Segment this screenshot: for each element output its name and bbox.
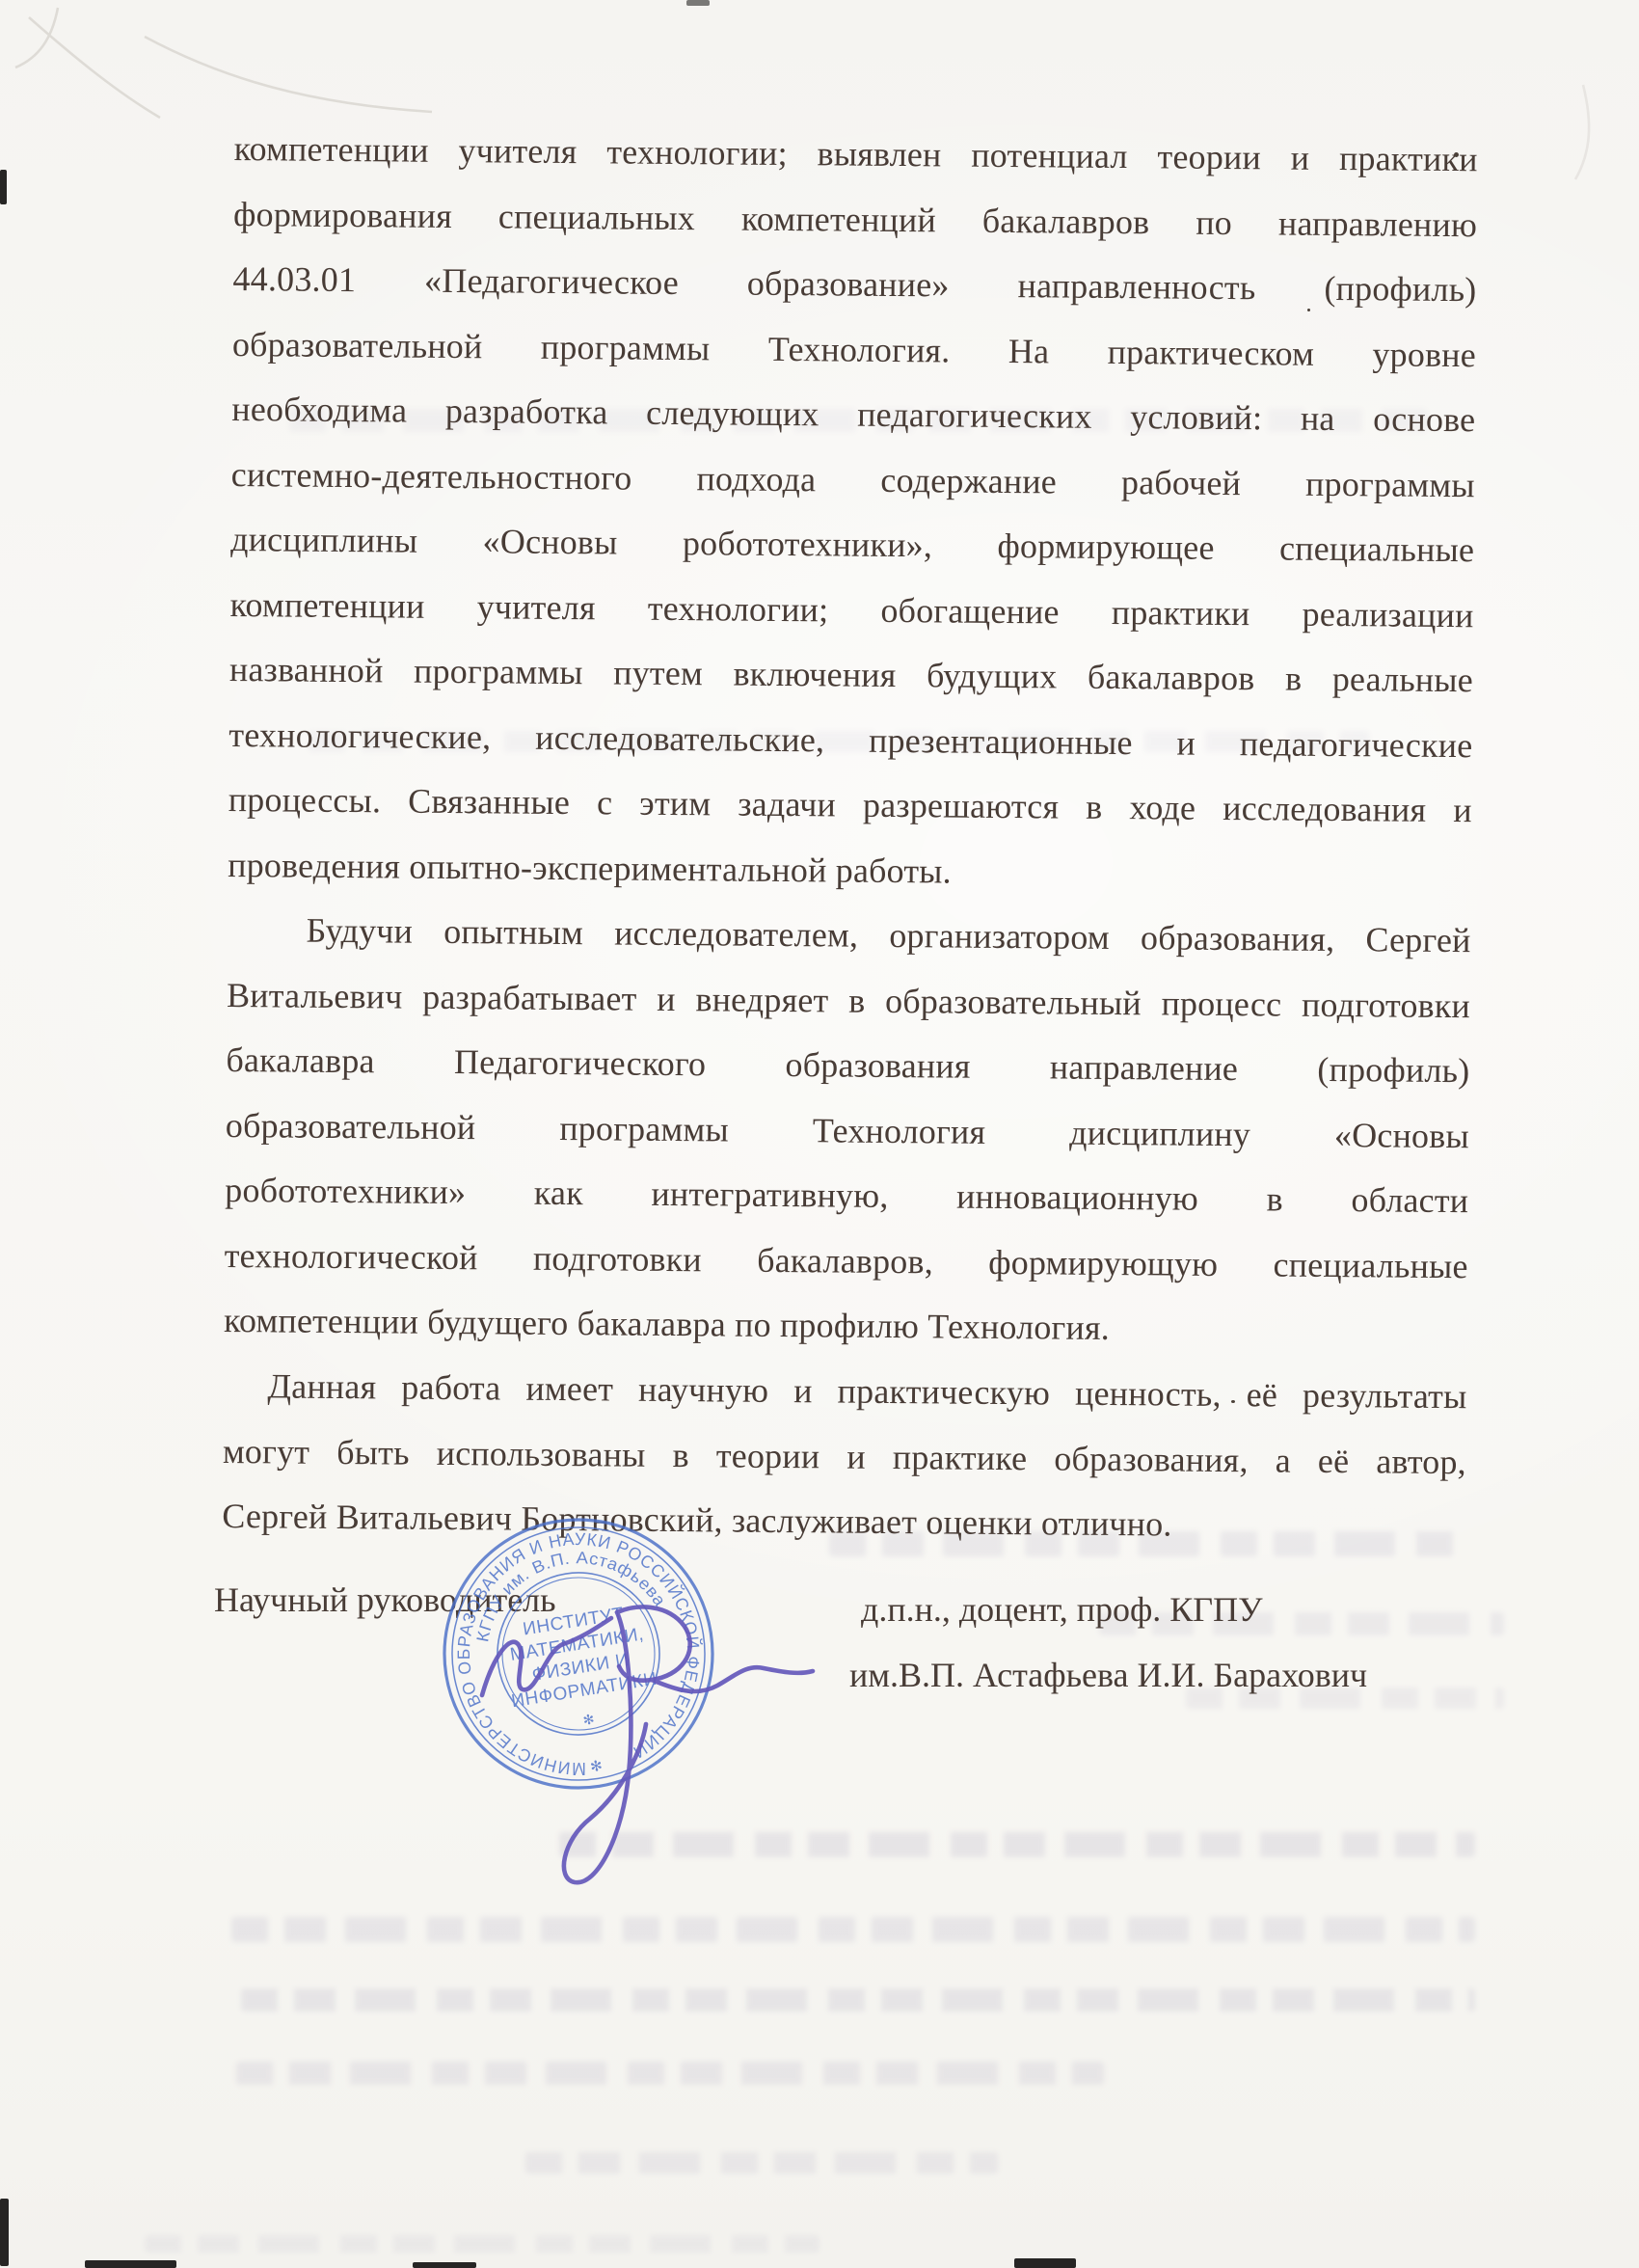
- scan-edge-mark: [413, 2262, 476, 2268]
- bleedthrough-line: [236, 2062, 1104, 2085]
- text-line: технологические, исследовательские, през…: [228, 702, 1473, 778]
- text-line: системно-деятельностного подхода содержа…: [230, 442, 1475, 518]
- stamp-ring-star: ✻: [589, 1758, 604, 1776]
- stamp-center-line: МАТЕМАТИКИ,: [509, 1624, 646, 1665]
- text-line: Сергей Витальевич Бортновский, заслужива…: [222, 1484, 1466, 1560]
- text-line: дисциплины «Основы робототехники», форми…: [230, 507, 1475, 583]
- scan-speck: [1256, 1403, 1259, 1406]
- text-line: проведения опытно-экспериментальной рабо…: [228, 832, 1472, 908]
- text-line: образовательной программы Технология. На…: [232, 311, 1477, 388]
- text-line: Витальевич разрабатывает и внедряет в об…: [227, 962, 1471, 1039]
- scan-edge-mark: [85, 2260, 176, 2268]
- paragraph: компетенции учителя технологии; выявлен …: [228, 117, 1478, 908]
- scan-speck: [1454, 152, 1459, 157]
- scan-edge-mark: [1014, 2258, 1076, 2268]
- text-line: бакалавра Педагогического образования на…: [226, 1028, 1470, 1104]
- text-line: формирования специальных компетенций бак…: [233, 181, 1478, 257]
- bleedthrough-line: [145, 2235, 819, 2253]
- stamp-center-line: ФИЗИКИ И: [530, 1650, 631, 1686]
- bleedthrough-line: [559, 1832, 1475, 1857]
- text-line: процессы. Связанные с этим задачи разреш…: [228, 768, 1473, 844]
- text-line: Данная работа имеет научную и практическ…: [223, 1354, 1467, 1430]
- scan-speck: [1307, 309, 1310, 311]
- svg-text:МИНИСТЕРСТВО ОБРАЗОВАНИЯ И НАУ: МИНИСТЕРСТВО ОБРАЗОВАНИЯ И НАУКИ РОССИЙС…: [436, 1511, 721, 1795]
- bleedthrough-line: [525, 2152, 998, 2173]
- paragraph: Данная работа имеет научную и практическ…: [222, 1354, 1467, 1560]
- stamp-center-line: ИНФОРМАТИКИ: [510, 1669, 658, 1713]
- scan-edge-mark: [0, 2199, 9, 2266]
- paragraph: Будучи опытным исследователем, организат…: [224, 898, 1471, 1364]
- bleedthrough-line: [231, 1917, 1475, 1942]
- scan-edge-mark: [686, 0, 710, 6]
- text-line: технологической подготовки бакалавров, ф…: [224, 1223, 1468, 1299]
- document-body: компетенции учителя технологии; выявлен …: [234, 117, 1478, 127]
- supervisor-degree-line: д.п.н., доцент, проф. КГПУ: [861, 1589, 1263, 1631]
- text-line: компетенции учителя технологии; обогащен…: [229, 572, 1474, 648]
- bleedthrough-line: [241, 1988, 1475, 2011]
- text-line: могут быть использованы в теории и практ…: [223, 1418, 1467, 1495]
- text-line: образовательной программы Технология дис…: [226, 1093, 1470, 1169]
- scan-edge-mark: [0, 170, 7, 204]
- text-line: робототехники» как интегративную, иннова…: [225, 1158, 1469, 1234]
- supervisor-name-line: им.В.П. Астафьева И.И. Барахович: [849, 1655, 1367, 1696]
- text-line: необходима разработка следующих педагоги…: [231, 377, 1476, 453]
- supervisor-label: Научный руководитель: [214, 1579, 556, 1621]
- text-line: компетенции будущего бакалавра по профил…: [224, 1288, 1468, 1364]
- scan-speck: [1231, 1400, 1235, 1403]
- scanned-document-page: { "document": { "paragraphs": [ { "lines…: [0, 0, 1639, 2268]
- text-line: Будучи опытным исследователем, организат…: [227, 898, 1471, 974]
- text-line: 44.03.01 «Педагогическое образование» на…: [232, 247, 1477, 323]
- stamp-center-star: ✻: [581, 1711, 596, 1728]
- text-line: компетенции учителя технологии; выявлен …: [233, 117, 1478, 193]
- stamp-ring-text: МИНИСТЕРСТВО ОБРАЗОВАНИЯ И НАУКИ РОССИЙС…: [436, 1511, 721, 1795]
- text-line: названной программы путем включения буду…: [229, 637, 1474, 714]
